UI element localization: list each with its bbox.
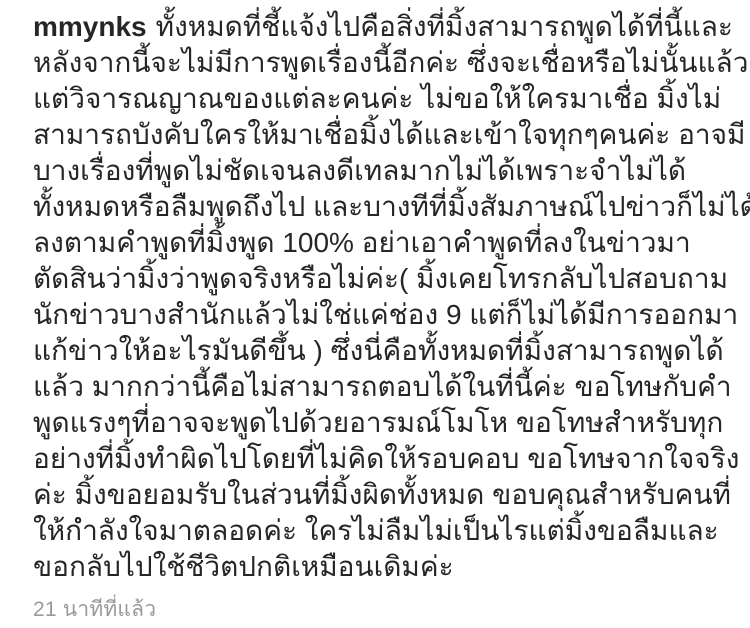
caption-line: สามารถบังคับใครให้มาเชื่อมิ้งได้และเข้าใ… [33, 117, 726, 153]
caption-line: พูดแรงๆที่อาจจะพูดไปด้วยอารมณ์โมโห ขอโทษ… [33, 405, 726, 441]
caption-line: ให้กำลังใจมาตลอดค่ะ ใครไม่ลืมไม่เป็นไรแต… [33, 513, 726, 549]
username-link[interactable]: mmynks [33, 11, 147, 42]
caption-line: บางเรื่องที่พูดไม่ชัดเจนลงดีเทลมากไม่ได้… [33, 153, 726, 189]
post-caption-section: mmynksทั้งหมดที่ชี้แจ้งไปคือสิ่งที่มิ้งส… [0, 0, 750, 628]
caption-line: อย่างที่มิ้งทำผิดไปโดยที่ไม่คิดให้รอบคอบ… [33, 441, 726, 477]
caption-line: แต่วิจารณญาณของแต่ละคนค่ะ ไม่ขอให้ใครมาเ… [33, 81, 726, 117]
caption-line: แก้ข่าวให้อะไรมันดีขึ้น ) ซึ่งนี่คือทั้ง… [33, 333, 726, 369]
caption-line: หลังจากนี้จะไม่มีการพูดเรื่องนี้อีกค่ะ ซ… [33, 45, 726, 81]
caption-line: ขอกลับไปใช้ชีวิตปกติเหมือนเดิมค่ะ [33, 549, 726, 585]
caption-line: ลงตามคำพูดที่มิ้งพูด 100% อย่าเอาคำพูดที… [33, 225, 726, 261]
caption-line-text: ทั้งหมดที่ชี้แจ้งไปคือสิ่งที่มิ้งสามารถพ… [156, 11, 733, 42]
caption-line: ค่ะ มิ้งขอยอมรับในส่วนที่มิ้งผิดทั้งหมด … [33, 477, 726, 513]
timestamp: 21 นาทีที่แล้ว [33, 597, 726, 623]
caption-text: mmynksทั้งหมดที่ชี้แจ้งไปคือสิ่งที่มิ้งส… [33, 9, 726, 585]
caption-line: ทั้งหมดหรือลืมพูดถึงไป และบางทีที่มิ้งสั… [33, 189, 726, 225]
caption-line: ตัดสินว่ามิ้งว่าพูดจริงหรือไม่ค่ะ( มิ้งเ… [33, 261, 726, 297]
caption-line: แล้ว มากกว่านี้คือไม่สามารถตอบได้ในที่นี… [33, 369, 726, 405]
caption-line: นักข่าวบางสำนักแล้วไม่ใช่แค่ช่อง 9 แต่ก็… [33, 297, 726, 333]
caption-line: mmynksทั้งหมดที่ชี้แจ้งไปคือสิ่งที่มิ้งส… [33, 9, 726, 45]
